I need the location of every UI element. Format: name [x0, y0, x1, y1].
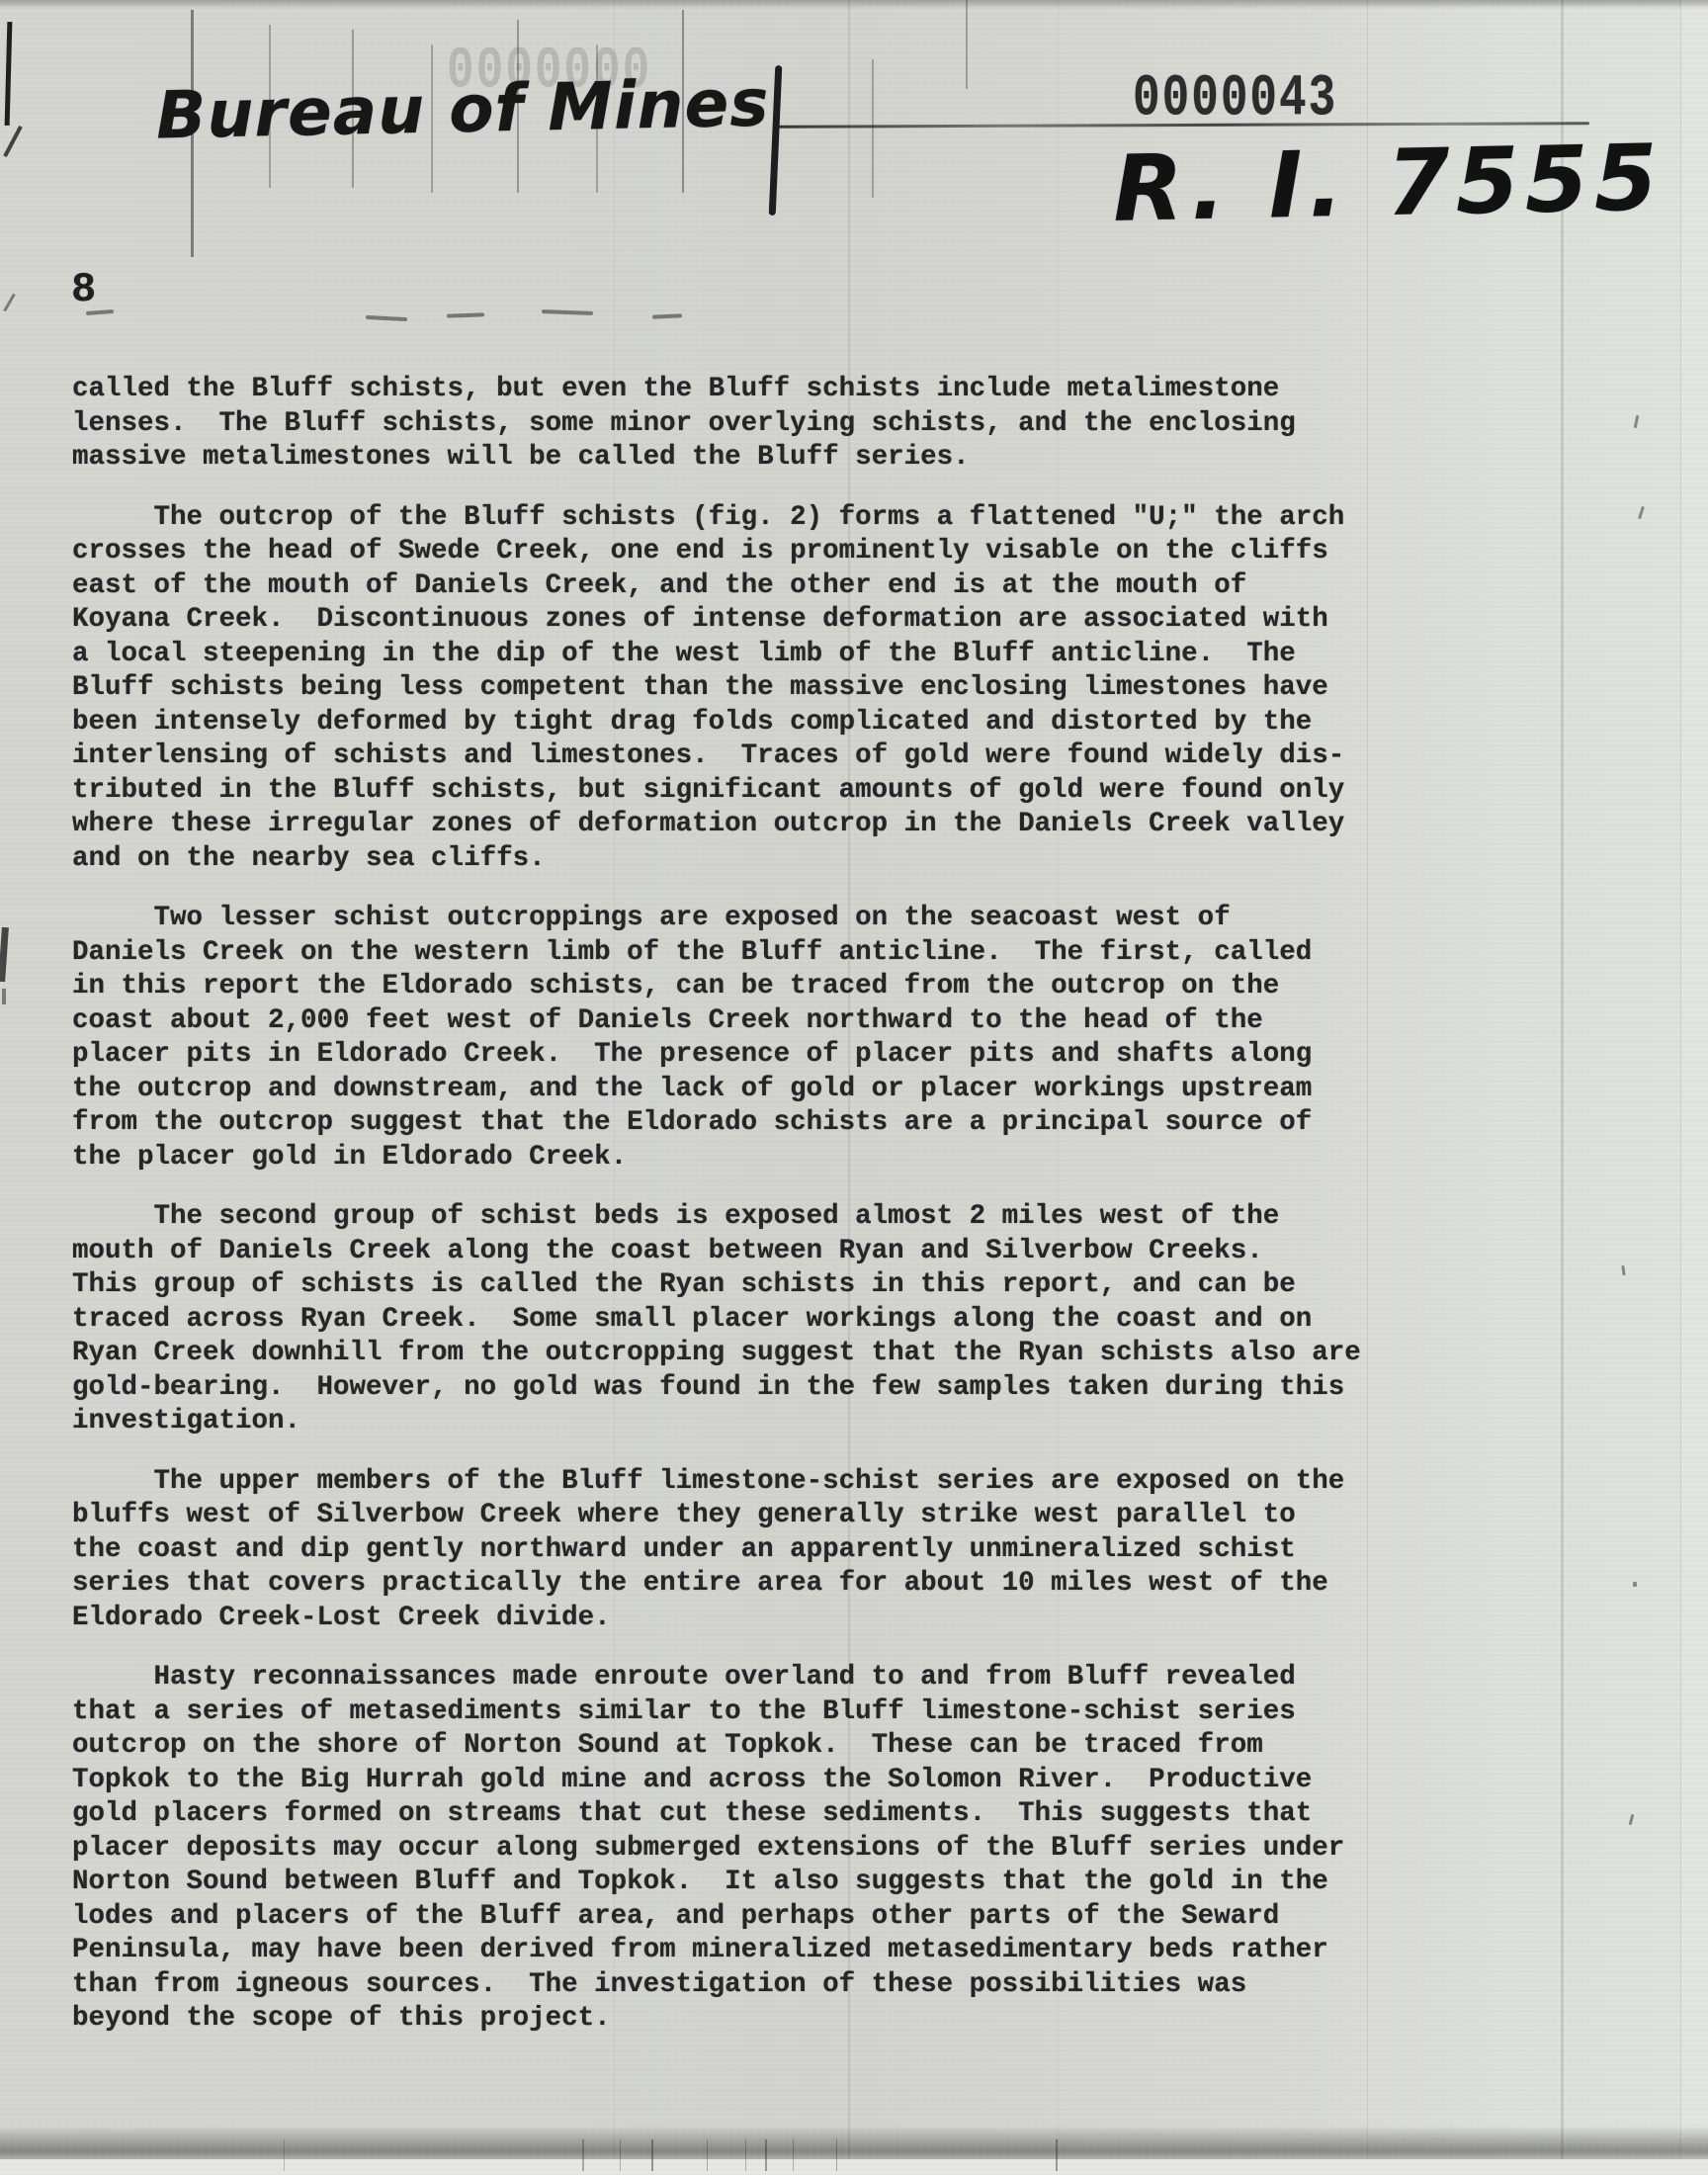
paragraph: called the Bluff schists, but even the B…	[72, 373, 1495, 476]
fold-line	[1561, 0, 1564, 2175]
scan-bottom-strip	[0, 2159, 1708, 2175]
scan-streak	[582, 2139, 584, 2171]
paragraph: The second group of schist beds is expos…	[72, 1200, 1495, 1439]
left-edge-mark	[3, 294, 16, 312]
scan-streak	[1056, 2139, 1058, 2171]
scan-streak	[836, 2139, 837, 2171]
stray-mark	[542, 309, 593, 315]
paper-right-edge-line	[1680, 0, 1681, 2175]
stray-mark	[366, 315, 407, 321]
left-edge-mark	[0, 927, 9, 982]
scan-streak	[284, 2139, 285, 2171]
paragraph: The upper members of the Bluff limestone…	[72, 1465, 1495, 1636]
paragraph: The outcrop of the Bluff schists (fig. 2…	[72, 501, 1495, 877]
scan-bottom-edge	[0, 2126, 1708, 2161]
paragraph: Two lesser schist outcroppings are expos…	[72, 902, 1495, 1174]
left-edge-mark	[2, 989, 6, 1004]
scanned-document-page: 0000000 Bureau of Mines 0000043 R. I. 75…	[0, 0, 1708, 2175]
ink-speck	[1629, 1814, 1635, 1825]
ink-speck	[1638, 506, 1645, 519]
left-edge-mark	[5, 22, 13, 126]
handwritten-report-id: R. I. 7555	[1112, 132, 1665, 235]
scan-streak	[745, 2139, 746, 2171]
crease-mark	[872, 59, 874, 198]
ink-speck	[1621, 1265, 1625, 1275]
ink-speck	[1634, 415, 1640, 428]
handwritten-stroke	[769, 65, 783, 216]
crease-mark	[966, 0, 968, 89]
scan-streak	[651, 2139, 653, 2171]
scan-streak	[793, 2139, 794, 2171]
paper-right-margin	[1681, 0, 1708, 2175]
left-edge-mark	[3, 126, 22, 157]
stray-mark	[447, 312, 484, 317]
scan-streak	[620, 2139, 621, 2171]
ink-speck	[1633, 1582, 1637, 1587]
scan-top-edge	[0, 0, 1708, 9]
document-text-column: called the Bluff schists, but even the B…	[72, 373, 1495, 2062]
scan-streak	[707, 2139, 708, 2171]
handwritten-bureau-of-mines: Bureau of Mines	[155, 71, 770, 149]
scan-streak	[765, 2139, 767, 2171]
document-number-stamp: 0000043	[1133, 69, 1337, 129]
page-number: 8	[71, 269, 96, 310]
paragraph: Hasty reconnaissances made enroute overl…	[72, 1661, 1495, 2037]
stray-mark	[652, 313, 682, 319]
